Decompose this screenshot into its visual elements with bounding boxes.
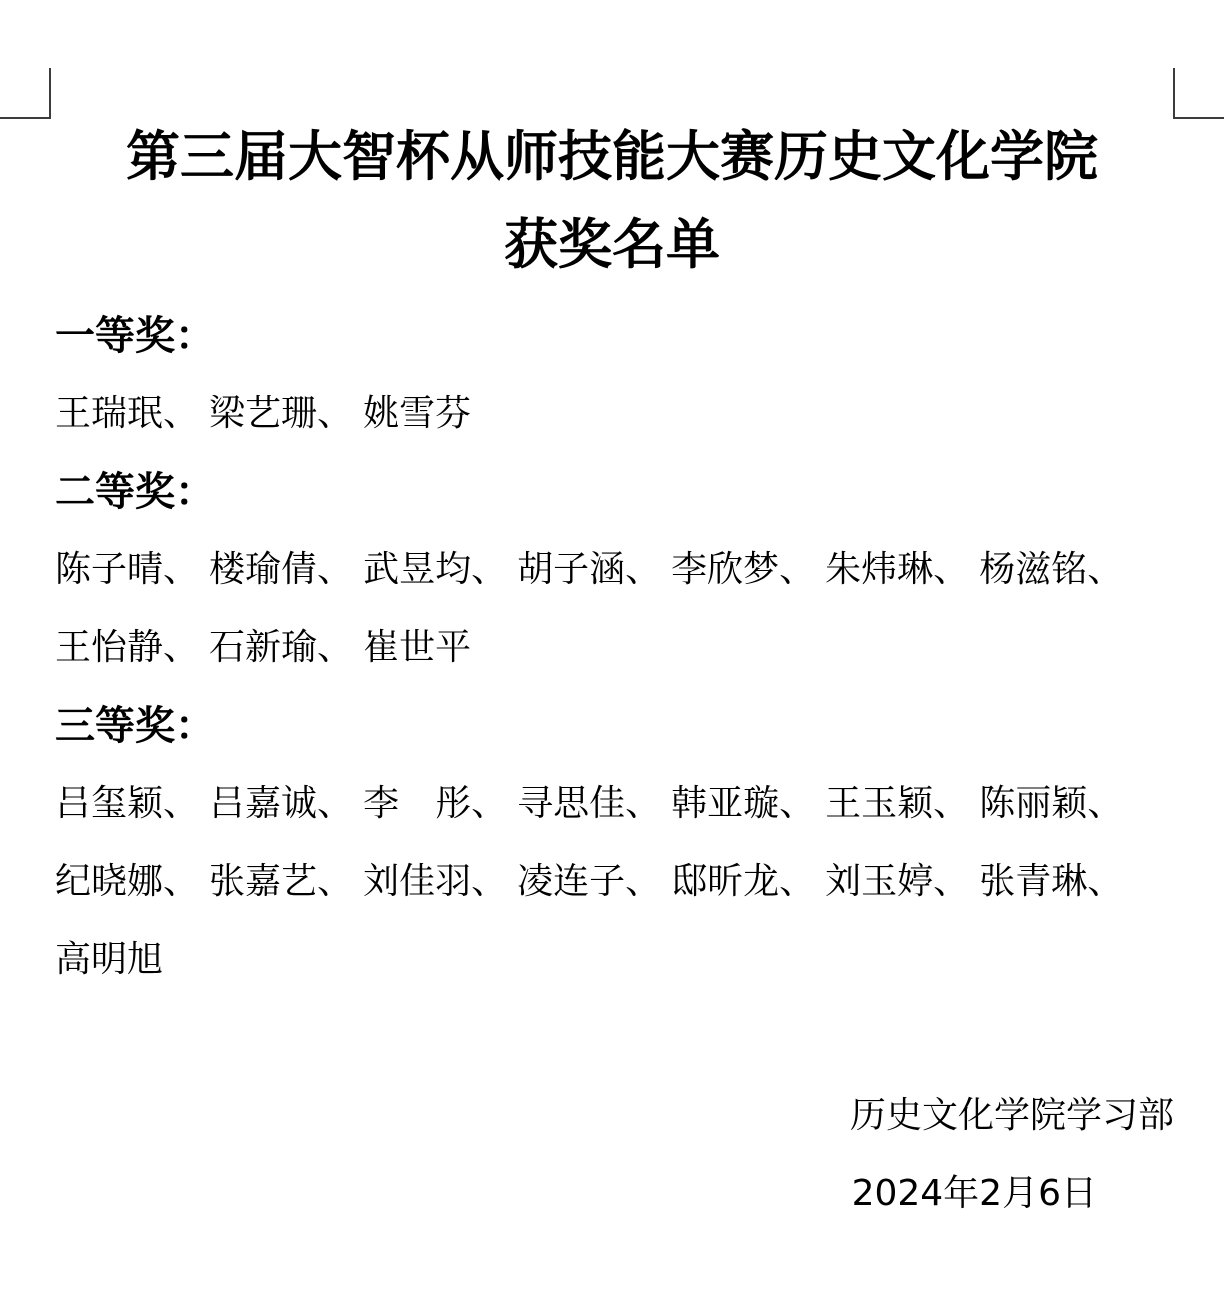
awardee: 凌连子、 xyxy=(517,843,671,921)
awardee: 王怡静、 xyxy=(55,609,209,687)
awardee-name: 吕玺颖 xyxy=(55,783,163,824)
awardee-name: 朱炜琳 xyxy=(825,549,933,590)
awardee-name: 姚雪芬 xyxy=(363,393,471,434)
awardee-name: 韩亚璇 xyxy=(671,783,779,824)
name-separator: 、 xyxy=(471,861,507,902)
awardee: 陈子晴、 xyxy=(55,531,209,609)
name-separator: 、 xyxy=(625,549,661,590)
title-line-1: 第三届大智杯从师技能大赛历史文化学院 xyxy=(0,113,1224,201)
awardee-name: 邸昕龙 xyxy=(671,861,779,902)
name-separator: 、 xyxy=(163,627,199,668)
award-section: 一等奖：王瑞珉、梁艺珊、姚雪芬 xyxy=(55,297,1174,453)
award-heading: 三等奖： xyxy=(55,687,1174,765)
awardee-name: 杨滋铭 xyxy=(979,549,1087,590)
awardee-name: 楼瑜倩 xyxy=(209,549,317,590)
awardee-name: 胡子涵 xyxy=(517,549,625,590)
awardee: 武昱均、 xyxy=(363,531,517,609)
award-heading: 二等奖： xyxy=(55,453,1174,531)
awardee-list: 陈子晴、楼瑜倩、武昱均、胡子涵、李欣梦、朱炜琳、杨滋铭、王怡静、石新瑜、崔世平 xyxy=(55,531,1174,687)
awardee: 邸昕龙、 xyxy=(671,843,825,921)
awardee: 胡子涵、 xyxy=(517,531,671,609)
name-separator: 、 xyxy=(779,861,815,902)
awardee-name: 张青琳 xyxy=(979,861,1087,902)
awardee: 纪晓娜、 xyxy=(55,843,209,921)
award-section: 三等奖：吕玺颖、吕嘉诚、李 彤、寻思佳、韩亚璇、王玉颖、陈丽颖、纪晓娜、张嘉艺、… xyxy=(55,687,1174,999)
awardee: 韩亚璇、 xyxy=(671,765,825,843)
awardee-name: 凌连子 xyxy=(517,861,625,902)
awardee-name: 王玉颖 xyxy=(825,783,933,824)
name-separator: 、 xyxy=(779,549,815,590)
awardee: 陈丽颖、 xyxy=(979,765,1133,843)
signature: 历史文化学院学习部 xyxy=(55,1077,1174,1155)
crop-mark-top-left xyxy=(0,68,51,119)
award-heading: 一等奖： xyxy=(55,297,1174,375)
awardee-name: 张嘉艺 xyxy=(209,861,317,902)
name-separator: 、 xyxy=(933,783,969,824)
name-separator: 、 xyxy=(625,783,661,824)
awardee: 吕嘉诚、 xyxy=(209,765,363,843)
awardee-name: 纪晓娜 xyxy=(55,861,163,902)
name-separator: 、 xyxy=(163,861,199,902)
awardee-name: 武昱均 xyxy=(363,549,471,590)
awardee: 李欣梦、 xyxy=(671,531,825,609)
name-separator: 、 xyxy=(471,783,507,824)
name-separator: 、 xyxy=(933,549,969,590)
awardee-name: 崔世平 xyxy=(363,627,471,668)
title-line-2: 获奖名单 xyxy=(0,201,1224,289)
awardee-name: 王瑞珉 xyxy=(55,393,163,434)
name-separator: 、 xyxy=(163,783,199,824)
awardee-name: 寻思佳 xyxy=(517,783,625,824)
crop-mark-top-right xyxy=(1173,68,1224,119)
awardee: 姚雪芬 xyxy=(363,375,471,453)
awardee-list: 吕玺颖、吕嘉诚、李 彤、寻思佳、韩亚璇、王玉颖、陈丽颖、纪晓娜、张嘉艺、刘佳羽、… xyxy=(55,765,1174,999)
name-separator: 、 xyxy=(471,549,507,590)
awardee-name: 李欣梦 xyxy=(671,549,779,590)
name-separator: 、 xyxy=(1087,549,1123,590)
awardee-name: 石新瑜 xyxy=(209,627,317,668)
awardee-list: 王瑞珉、梁艺珊、姚雪芬 xyxy=(55,375,1174,453)
awardee-name: 陈丽颖 xyxy=(979,783,1087,824)
awardee: 李 彤、 xyxy=(363,765,517,843)
awardee: 王玉颖、 xyxy=(825,765,979,843)
name-separator: 、 xyxy=(1087,861,1123,902)
awardee: 石新瑜、 xyxy=(209,609,363,687)
awardee: 刘佳羽、 xyxy=(363,843,517,921)
date: 2024年2月6日 xyxy=(55,1155,1174,1233)
name-separator: 、 xyxy=(317,549,353,590)
name-separator: 、 xyxy=(317,627,353,668)
awardee-name: 刘玉婷 xyxy=(825,861,933,902)
name-separator: 、 xyxy=(317,861,353,902)
awardee: 朱炜琳、 xyxy=(825,531,979,609)
awardee: 张青琳、 xyxy=(979,843,1133,921)
awardee: 楼瑜倩、 xyxy=(209,531,363,609)
name-separator: 、 xyxy=(1087,783,1123,824)
name-separator: 、 xyxy=(779,783,815,824)
awardee-name: 刘佳羽 xyxy=(363,861,471,902)
awardee-name: 梁艺珊 xyxy=(209,393,317,434)
awardee-name: 吕嘉诚 xyxy=(209,783,317,824)
document-title: 第三届大智杯从师技能大赛历史文化学院 获奖名单 xyxy=(0,113,1224,289)
name-separator: 、 xyxy=(163,393,199,434)
name-separator: 、 xyxy=(317,393,353,434)
name-separator: 、 xyxy=(933,861,969,902)
awardee: 王瑞珉、 xyxy=(55,375,209,453)
awardee: 高明旭 xyxy=(55,921,163,999)
awardee: 崔世平 xyxy=(363,609,471,687)
document-page: 第三届大智杯从师技能大赛历史文化学院 获奖名单 一等奖：王瑞珉、梁艺珊、姚雪芬二… xyxy=(0,0,1224,1304)
name-separator: 、 xyxy=(317,783,353,824)
awardee-name: 高明旭 xyxy=(55,939,163,980)
awardee: 张嘉艺、 xyxy=(209,843,363,921)
name-separator: 、 xyxy=(163,549,199,590)
awardee: 寻思佳、 xyxy=(517,765,671,843)
award-section: 二等奖：陈子晴、楼瑜倩、武昱均、胡子涵、李欣梦、朱炜琳、杨滋铭、王怡静、石新瑜、… xyxy=(55,453,1174,687)
awardee: 吕玺颖、 xyxy=(55,765,209,843)
award-sections: 一等奖：王瑞珉、梁艺珊、姚雪芬二等奖：陈子晴、楼瑜倩、武昱均、胡子涵、李欣梦、朱… xyxy=(55,297,1174,999)
document-body: 一等奖：王瑞珉、梁艺珊、姚雪芬二等奖：陈子晴、楼瑜倩、武昱均、胡子涵、李欣梦、朱… xyxy=(55,297,1174,1233)
name-separator: 、 xyxy=(625,861,661,902)
awardee: 刘玉婷、 xyxy=(825,843,979,921)
awardee-name: 李 彤 xyxy=(363,783,471,824)
awardee: 杨滋铭、 xyxy=(979,531,1133,609)
awardee-name: 陈子晴 xyxy=(55,549,163,590)
awardee: 梁艺珊、 xyxy=(209,375,363,453)
awardee-name: 王怡静 xyxy=(55,627,163,668)
